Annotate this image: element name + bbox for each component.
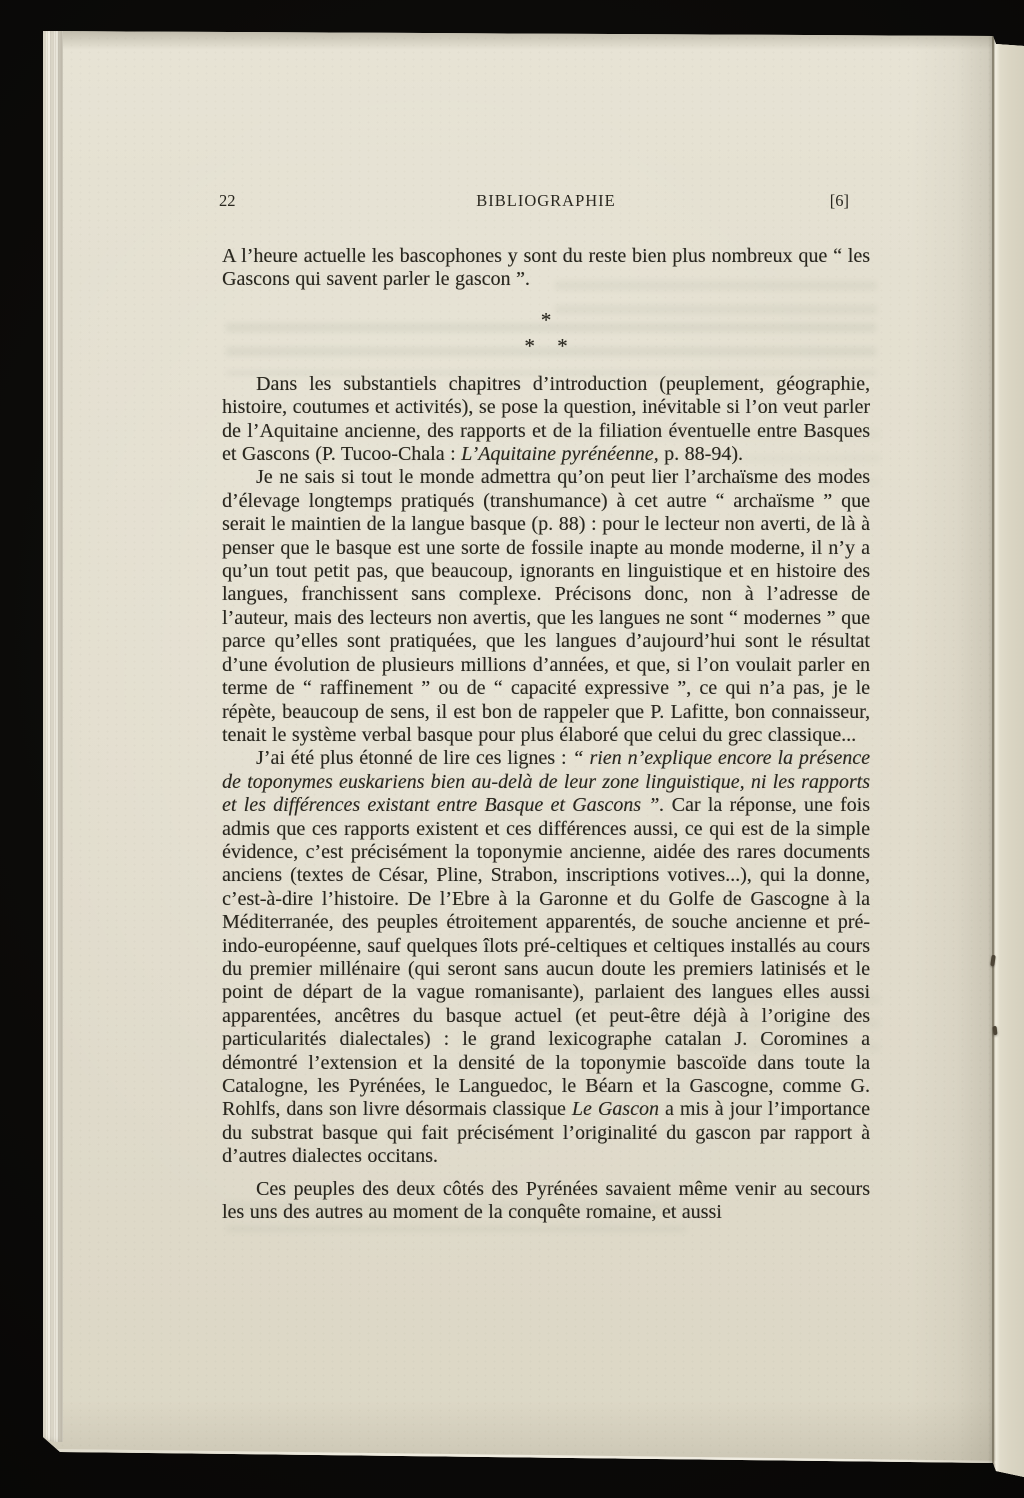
- paragraph-5: Ces peuples des deux côtés des Pyrénées …: [222, 1178, 870, 1225]
- text-run: Ces peuples des deux côtés des Pyrénées …: [222, 1178, 870, 1223]
- text-run: p. 88-94).: [659, 443, 743, 465]
- asterisk-pair: * *: [222, 333, 870, 359]
- text-run: J’ai été plus étonné de lire ces lignes …: [256, 747, 572, 769]
- text-run: Car la réponse, une fois admis que ces r…: [222, 794, 870, 1120]
- section-reference: [6]: [830, 191, 849, 211]
- italic-citation: L’Aquitaine pyrénéenne,: [461, 443, 658, 465]
- book-page: 22 BIBLIOGRAPHIE [6] A l’heure actuelle …: [40, 0, 1024, 1498]
- italic-book-title: Le Gascon: [572, 1098, 659, 1120]
- paragraph-4: J’ai été plus étonné de lire ces lignes …: [222, 747, 870, 1168]
- paragraph-2: Dans les substantiels chapitres d’introd…: [222, 373, 870, 467]
- asterisk-top: *: [222, 307, 870, 333]
- page-top-shadow: [40, 28, 1024, 54]
- asterisk-separator: * * *: [222, 307, 870, 359]
- facing-page-sliver: [996, 40, 1024, 1480]
- text-run: A l’heure actuelle les bascophones y son…: [222, 245, 870, 290]
- page-edge-stack: [40, 28, 63, 1442]
- running-title: BIBLIOGRAPHIE: [222, 191, 870, 211]
- running-header: 22 BIBLIOGRAPHIE [6]: [222, 191, 870, 213]
- binding-thread-mark: [993, 1026, 998, 1035]
- paragraph-1: A l’heure actuelle les bascophones y son…: [222, 245, 870, 292]
- paragraph-3: Je ne sais si tout le monde admettra qu’…: [222, 466, 870, 747]
- text-block: A l’heure actuelle les bascophones y son…: [222, 245, 870, 1224]
- book-scan: 22 BIBLIOGRAPHIE [6] A l’heure actuelle …: [0, 0, 1024, 1498]
- page-content: 22 BIBLIOGRAPHIE [6] A l’heure actuelle …: [222, 0, 870, 1498]
- text-run: Je ne sais si tout le monde admettra qu’…: [222, 466, 870, 745]
- gutter-shadow: [910, 0, 994, 1498]
